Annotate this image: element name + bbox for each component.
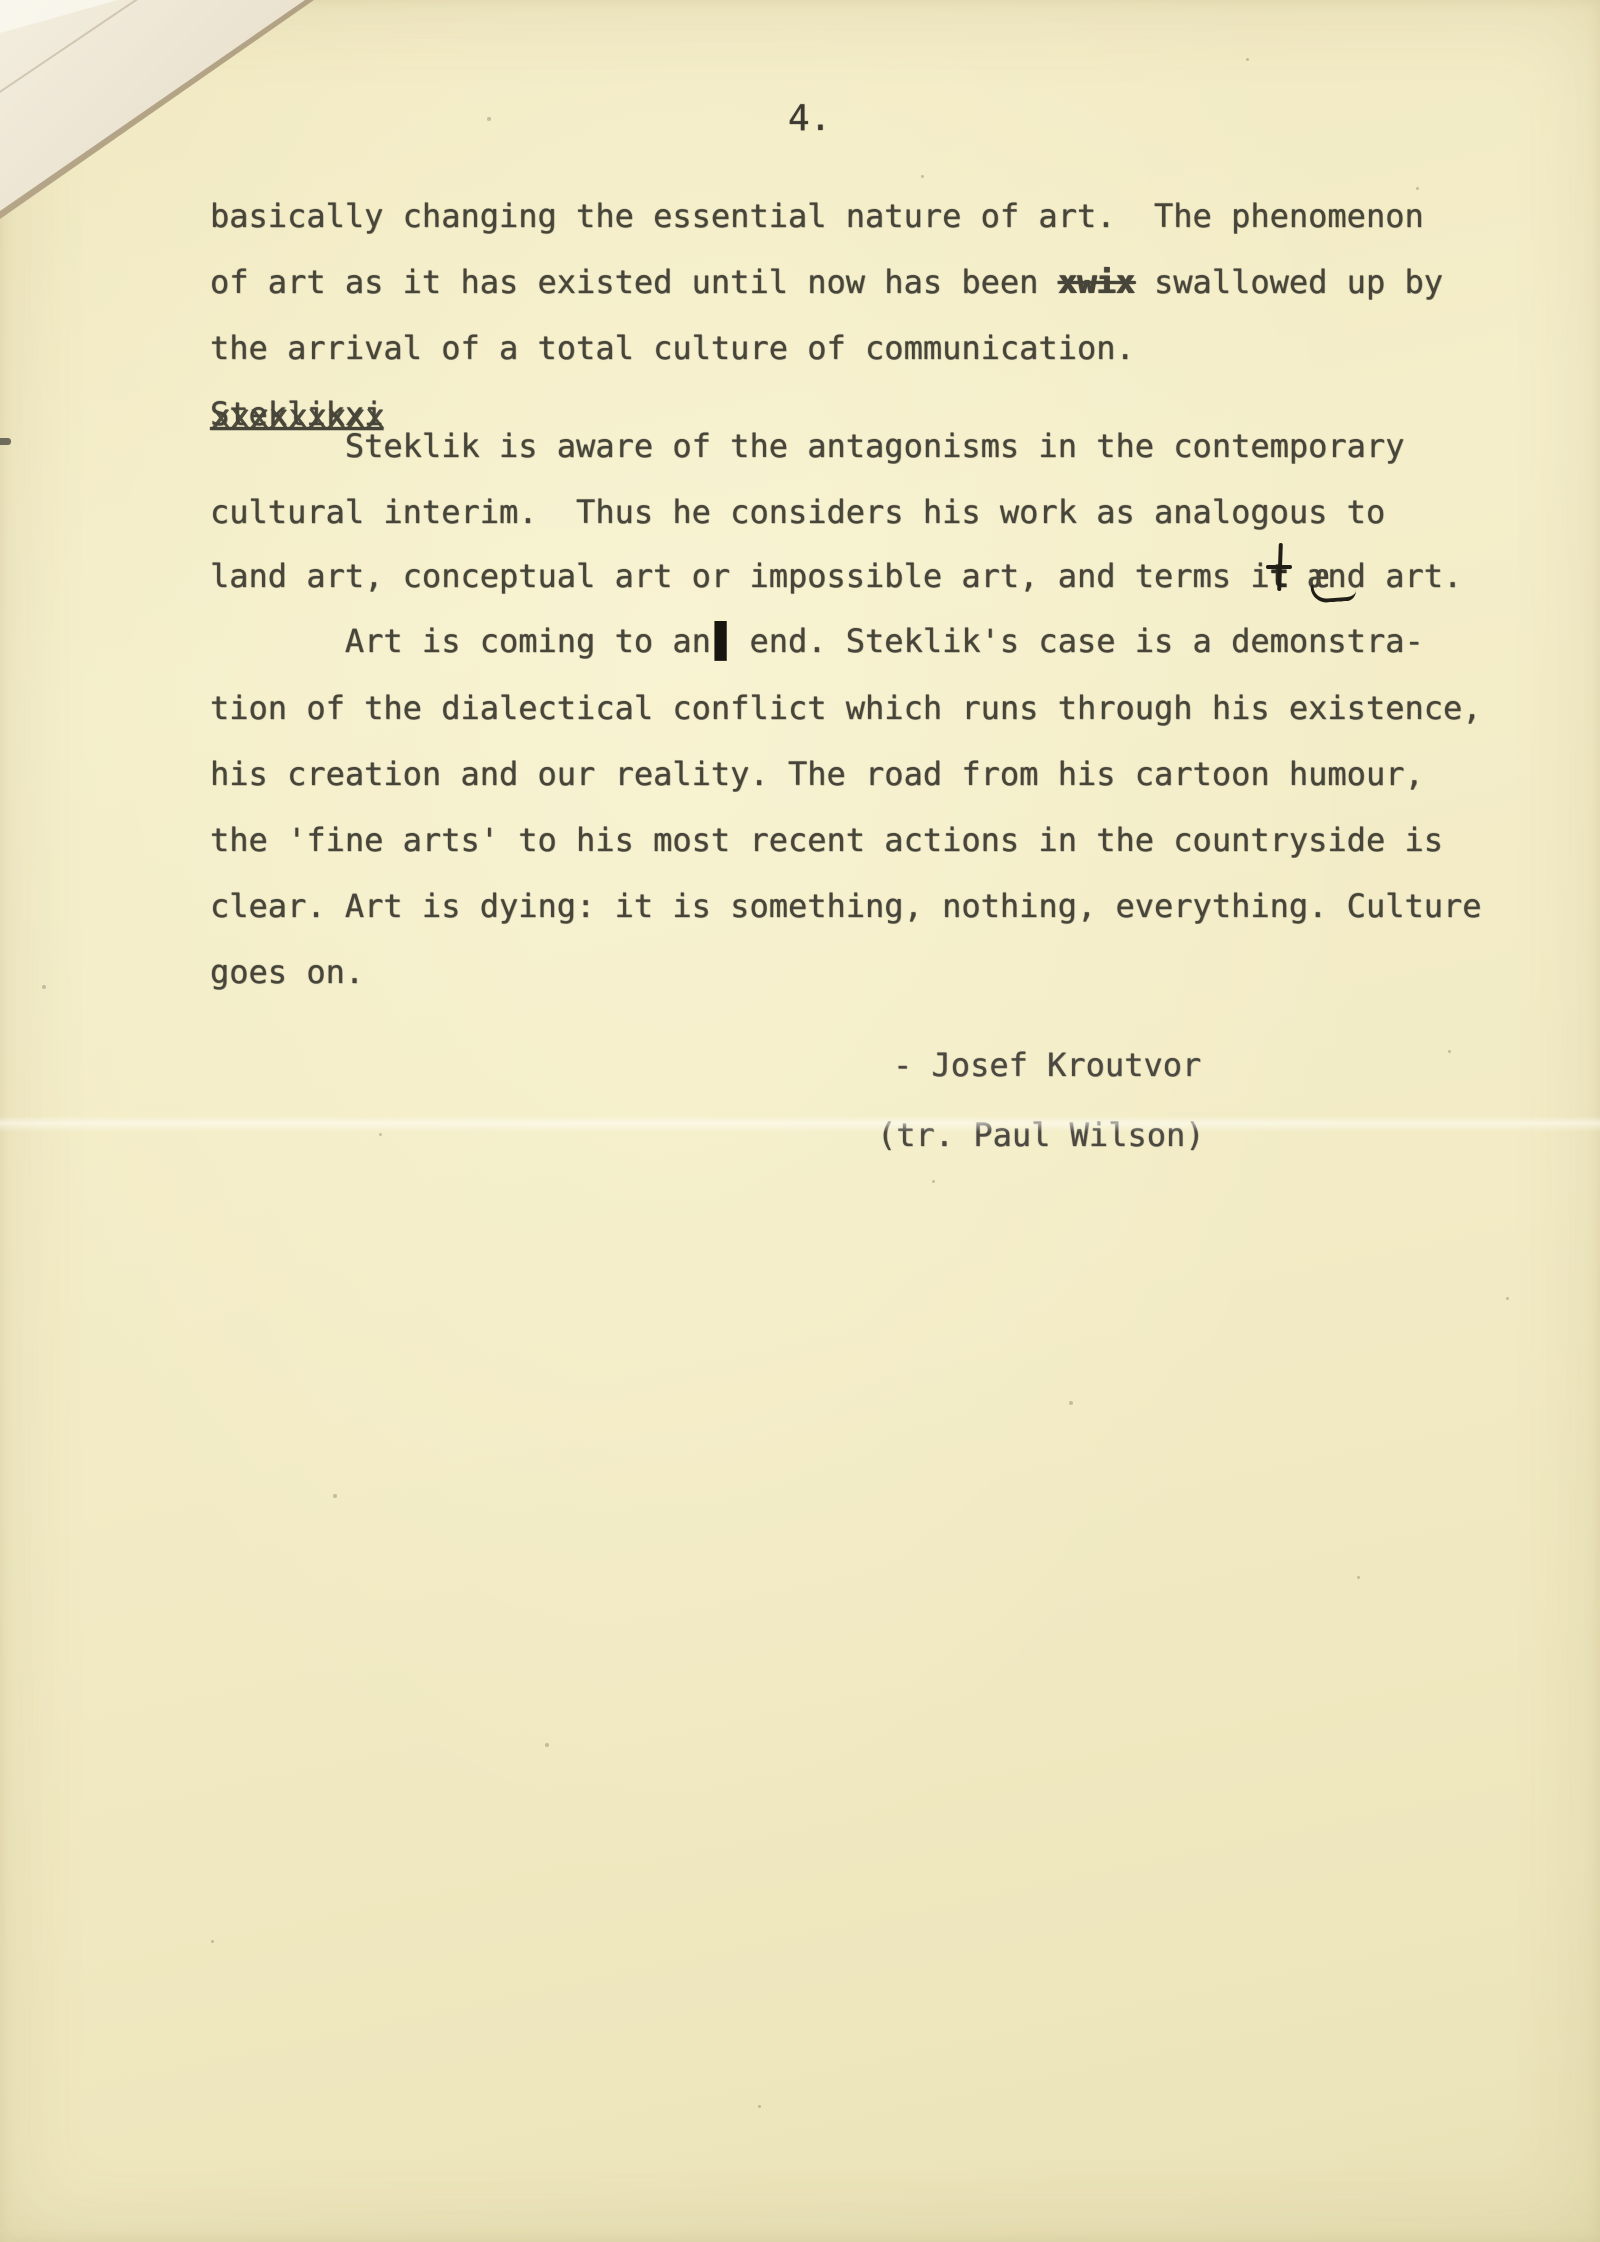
ink-edge-mark <box>0 438 11 445</box>
paper-speck <box>758 2105 761 2108</box>
paper-speck <box>379 1133 382 1136</box>
paper-speck <box>932 1180 935 1183</box>
typed-line: Steklik is aware of the antagonisms in t… <box>210 426 1404 466</box>
paper-speck <box>211 1940 214 1943</box>
paper-speck <box>1357 1576 1360 1579</box>
typed-line: of art as it has existed until now has b… <box>210 262 1443 302</box>
typed-text: Art is coming to an <box>210 622 711 660</box>
paper-speck <box>1448 1050 1451 1053</box>
paper-speck <box>42 985 46 989</box>
typed-line: cultural interim. Thus he considers his … <box>210 492 1385 532</box>
typed-line: tion of the dialectical conflict which r… <box>210 688 1482 728</box>
paper-streak <box>0 1116 1600 1132</box>
xout-text: xwix <box>1058 263 1135 301</box>
typed-line: Art is coming to an█ end. Steklik's case… <box>210 621 1424 661</box>
page-number: 4. <box>788 98 831 139</box>
paper-speck <box>487 117 491 121</box>
typed-text: land art, conceptual art or impossible a… <box>210 557 1270 595</box>
typed-line: basically changing the essential nature … <box>210 196 1424 236</box>
typed-line: the arrival of a total culture of commun… <box>210 328 1135 368</box>
typed-line: the 'fine arts' to his most recent actio… <box>210 820 1443 860</box>
typed-text: end. Steklik's case is a demonstra- <box>730 622 1424 660</box>
paper-speck <box>1416 187 1419 190</box>
pen-cross-text: t <box>1270 557 1289 595</box>
paper-speck <box>1069 1401 1073 1405</box>
blot-text: █ <box>715 620 727 662</box>
pen-under-text: nd <box>1327 557 1366 595</box>
typed-text: swallowed up by <box>1135 263 1443 301</box>
typed-line: land art, conceptual art or impossible a… <box>210 556 1462 596</box>
author-signature: - Josef Kroutvor <box>893 1046 1201 1084</box>
typed-text: art. <box>1366 557 1462 595</box>
typed-line: goes on. <box>210 952 364 992</box>
paper-speck <box>333 1494 337 1498</box>
paper-speck <box>1246 58 1249 61</box>
typed-line: his creation and our reality. The road f… <box>210 754 1424 794</box>
document-page: 4. basically changing the essential natu… <box>0 0 1600 2242</box>
paper-speck <box>1506 1297 1509 1300</box>
paper-speck <box>921 175 924 178</box>
typed-text: of art as it has existed until now has b… <box>210 263 1058 301</box>
typed-line: clear. Art is dying: it is something, no… <box>210 886 1482 926</box>
paper-speck <box>545 1743 549 1747</box>
typed-text <box>1289 557 1308 595</box>
